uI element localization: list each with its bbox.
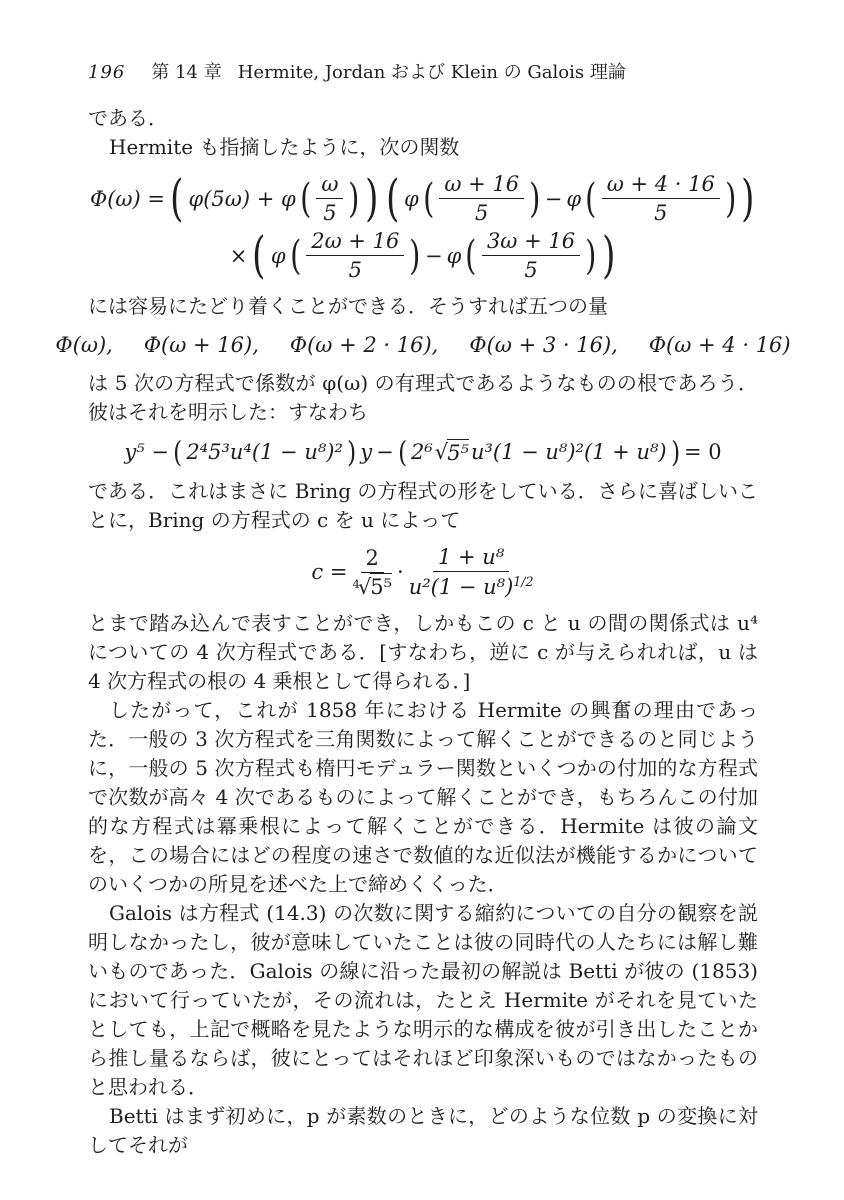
quintic-lead: y⁵ − bbox=[124, 440, 169, 464]
minus-sign: − bbox=[425, 244, 443, 268]
right-paren: ) bbox=[410, 235, 421, 277]
left-paren: ( bbox=[585, 178, 596, 220]
quintic-row: y⁵ − ( 2⁴5³u⁴(1 − u⁸)² ) y − ( 2⁶ √ 5⁵ u… bbox=[88, 437, 758, 467]
left-paren: ( bbox=[253, 229, 266, 282]
radical-argument: 5⁵ bbox=[447, 439, 469, 465]
quantity-1: Φ(ω), bbox=[55, 333, 112, 357]
fraction-omega416-over-5: ω + 4 · 16 5 bbox=[602, 172, 720, 225]
right-paren: ) bbox=[725, 178, 736, 220]
radical-sign: √ bbox=[435, 440, 448, 464]
fraction-2-over-root: 2 4√5⁵ bbox=[352, 546, 392, 599]
right-paren: ) bbox=[349, 178, 360, 220]
minus-sign: − bbox=[376, 440, 394, 464]
left-paren: ( bbox=[290, 235, 301, 277]
left-paren: ( bbox=[398, 437, 407, 467]
quintic-tail: = 0 bbox=[684, 440, 722, 464]
c-equation-row: c = 2 4√5⁵ · 1 + u⁸ u²(1 − u⁸)1/2 bbox=[88, 545, 758, 599]
right-paren: ) bbox=[347, 437, 356, 467]
right-paren: ) bbox=[742, 172, 755, 225]
fraction-3omega16-over-5: 3ω + 16 5 bbox=[482, 229, 580, 282]
book-page: 196 第 14 章 Hermite, Jordan および Klein の G… bbox=[0, 0, 844, 1200]
left-paren: ( bbox=[300, 178, 311, 220]
running-head: 196 第 14 章 Hermite, Jordan および Klein の G… bbox=[88, 58, 758, 84]
c-lhs: c = bbox=[311, 560, 347, 584]
paragraph-dearu: である． bbox=[88, 104, 758, 133]
right-paren: ) bbox=[671, 437, 680, 467]
quintic-equation: y⁵ − ( 2⁴5³u⁴(1 − u⁸)² ) y − ( 2⁶ √ 5⁵ u… bbox=[88, 437, 758, 467]
u-denominator: u²(1 − u⁸)1/2 bbox=[409, 572, 534, 599]
den-base: u²(1 − u⁸) bbox=[409, 575, 514, 599]
phi-formula-line1: Φ(ω) = ( φ(5ω) + φ ( ω 5 ) ) ( φ ( ω + 1… bbox=[88, 172, 758, 225]
phi-symbol: φ bbox=[271, 244, 286, 268]
paragraph-hermite-intro: Hermite も指摘したように，次の関数 bbox=[88, 133, 758, 162]
paragraph-reach: には容易にたどり着くことができる．そうすれば五つの量 bbox=[88, 292, 758, 321]
phi-sum-pre: φ(5ω) + φ bbox=[189, 187, 296, 211]
quantity-2: Φ(ω + 16), bbox=[144, 333, 259, 357]
page-number: 196 bbox=[88, 62, 125, 83]
left-paren: ( bbox=[170, 172, 183, 225]
five-quantities-formula: Φ(ω), Φ(ω + 16), Φ(ω + 2 · 16), Φ(ω + 3 … bbox=[88, 333, 758, 357]
dot-operator: · bbox=[397, 560, 404, 584]
fraction-u-expression: 1 + u⁸ u²(1 − u⁸)1/2 bbox=[409, 545, 534, 599]
paragraph-bring: である．これはまさに Bring の方程式の形をしている．さらに喜ばしいことに，… bbox=[88, 477, 758, 535]
phi-lhs: Φ(ω) = bbox=[90, 187, 165, 211]
quintic-coeff1: 2⁴5³u⁴(1 − u⁸)² bbox=[186, 440, 343, 464]
left-paren: ( bbox=[466, 235, 477, 277]
left-paren: ( bbox=[386, 172, 399, 225]
phi-formula-line2: × ( φ ( 2ω + 16 5 ) − φ ( 3ω + 16 5 ) ) bbox=[88, 229, 758, 282]
paragraph-excitement: したがって，これが 1858 年における Hermite の興奮の理由であった．… bbox=[88, 696, 758, 899]
c-equation: c = 2 4√5⁵ · 1 + u⁸ u²(1 − u⁸)1/2 bbox=[88, 545, 758, 599]
fraction-omega-over-5: ω 5 bbox=[316, 172, 343, 225]
fraction-omega16-over-5: ω + 16 5 bbox=[439, 172, 524, 225]
fourth-root-denominator: 4√5⁵ bbox=[352, 573, 392, 599]
den-exponent: 1/2 bbox=[513, 574, 533, 589]
quantity-5: Φ(ω + 4 · 16) bbox=[649, 333, 791, 357]
phi-symbol: φ bbox=[566, 187, 581, 211]
paragraph-betti: Betti はまず初めに，p が素数のときに，どのような位数 p の変換に対して… bbox=[88, 1102, 758, 1160]
left-paren: ( bbox=[423, 178, 434, 220]
radical-argument: 5⁵ bbox=[370, 573, 392, 599]
right-paren: ) bbox=[365, 172, 378, 225]
chapter-label: 第 14 章 bbox=[151, 58, 221, 84]
paragraph-galois: Galois は方程式 (14.3) の次数に関する縮約についての自分の観察を説… bbox=[88, 899, 758, 1102]
left-paren: ( bbox=[173, 437, 182, 467]
minus-sign: − bbox=[545, 187, 563, 211]
quintic-y: y bbox=[360, 440, 372, 464]
quintic-coeff2-pre: 2⁶ bbox=[411, 440, 433, 464]
phi-symbol: φ bbox=[447, 244, 462, 268]
right-paren: ) bbox=[585, 235, 596, 277]
quantity-4: Φ(ω + 3 · 16), bbox=[469, 333, 617, 357]
right-paren: ) bbox=[602, 229, 615, 282]
paragraph-roots: は 5 次の方程式で係数が φ(ω) の有理式であるようなものの根であろう．彼は… bbox=[88, 369, 758, 427]
phi-symbol: φ bbox=[404, 187, 419, 211]
paragraph-quartic: とまで踏み込んで表すことができ，しかもこの c と u の間の関係式は u⁴ に… bbox=[88, 609, 758, 696]
times-sign: × bbox=[230, 244, 248, 268]
phi-product-formula: Φ(ω) = ( φ(5ω) + φ ( ω 5 ) ) ( φ ( ω + 1… bbox=[88, 172, 758, 282]
quantity-3: Φ(ω + 2 · 16), bbox=[290, 333, 438, 357]
fraction-2omega16-over-5: 2ω + 16 5 bbox=[306, 229, 404, 282]
quintic-coeff2-post: u³(1 − u⁸)²(1 + u⁸) bbox=[471, 440, 667, 464]
right-paren: ) bbox=[529, 178, 540, 220]
chapter-title: Hermite, Jordan および Klein の Galois 理論 bbox=[238, 58, 626, 84]
